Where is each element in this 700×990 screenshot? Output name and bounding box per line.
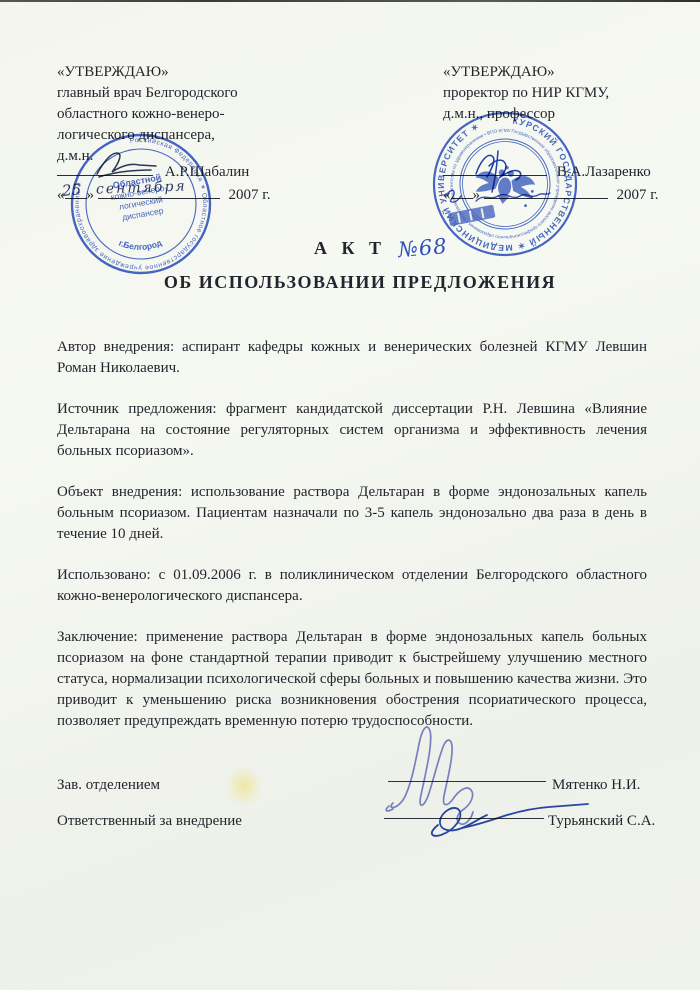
signoff-label-responsible: Ответственный за внедрение [57, 811, 242, 832]
signature-line [388, 781, 546, 782]
title-akt: А К Т [314, 238, 386, 258]
approver-role-line: проректор по НИР КГМУ, [443, 83, 700, 104]
document-subtitle: ОБ ИСПОЛЬЗОВАНИИ ПРЕДЛОЖЕНИЯ [60, 272, 660, 293]
scanned-document-page: «УТВЕРЖДАЮ» главный врач Белгородского о… [0, 0, 700, 990]
signoff-name-myatenko: Мятенко Н.И. [552, 775, 640, 796]
signoff-name-turyansky: Турьянский С.А. [548, 811, 655, 832]
scan-edge-line [0, 0, 700, 2]
double-headed-eagle-emblem [473, 162, 537, 207]
paragraph-source: Источник предложения: фрагмент кандидатс… [57, 399, 647, 462]
paragraph-used: Использовано: с 01.09.2006 г. в поликлин… [57, 565, 647, 607]
paragraph-conclusion: Заключение: применение раствора Дельтара… [57, 627, 647, 732]
handwritten-act-number: №68 [397, 234, 448, 262]
date-year-left: 2007 г. [229, 187, 271, 203]
document-title: А К Т [60, 238, 640, 259]
round-stamp-belgorod: Российская Федерация ✶ Областное государ… [53, 116, 229, 292]
approve-quote-left: «УТВЕРЖДАЮ» [57, 62, 317, 83]
approver-role-line: главный врач Белгородского [57, 83, 317, 104]
paragraph-author: Автор внедрения: аспирант кафедры кожных… [57, 337, 647, 379]
signoff-label-head: Зав. отделением [57, 775, 160, 796]
paragraph-object: Объект внедрения: использование раствора… [57, 482, 647, 545]
date-year-right: 2007 г. [617, 187, 659, 203]
document-body: Автор внедрения: аспирант кафедры кожных… [57, 337, 647, 752]
signature-line [384, 818, 544, 819]
approve-quote-right: «УТВЕРЖДАЮ» [443, 62, 700, 83]
paper-stain [226, 766, 262, 806]
